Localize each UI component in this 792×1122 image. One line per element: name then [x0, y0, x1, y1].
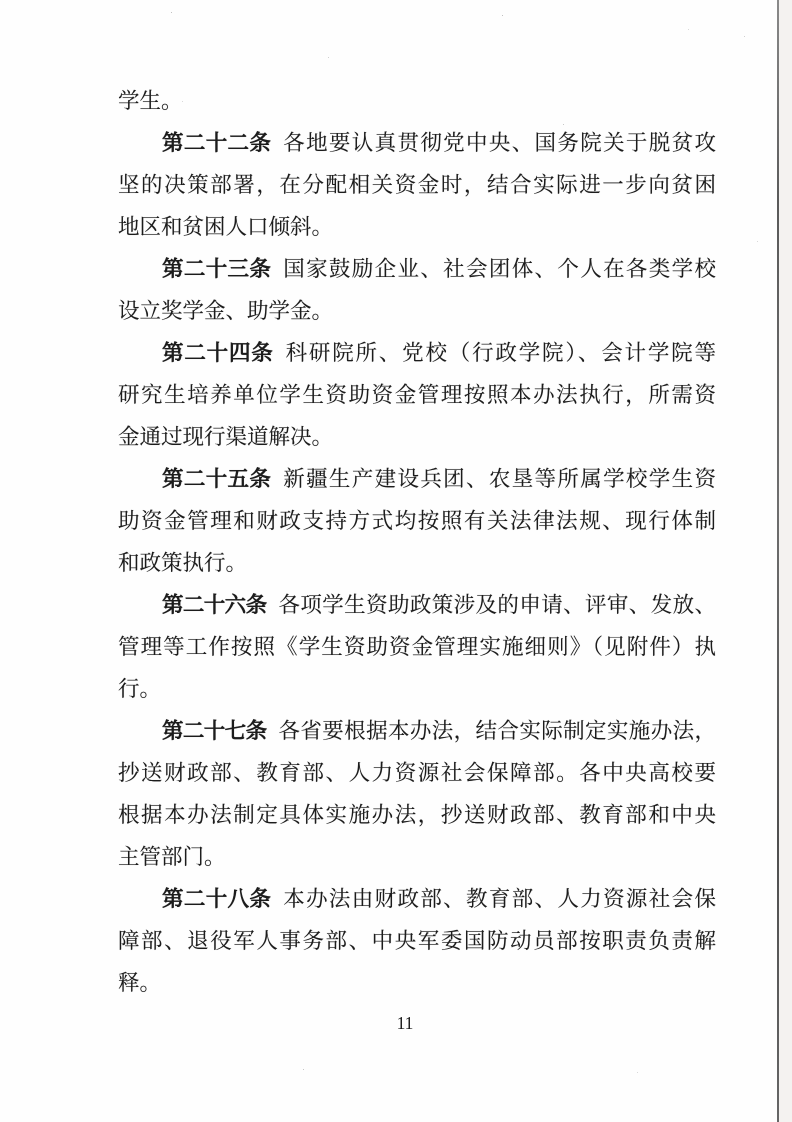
- page-number: 11: [0, 1010, 792, 1036]
- article-number: 第二十五条: [162, 467, 271, 491]
- text-line: 第二十八条本办法由财政部、教育部、人力资源社会保: [118, 878, 716, 920]
- line-text: 助资金管理和财政支持方式均按照有关法律法规、现行体制: [118, 509, 716, 533]
- text-line: 地区和贫困人口倾斜。: [118, 206, 716, 248]
- scan-speckles: [0, 0, 1, 1]
- line-text: 根据本办法制定具体实施办法，抄送财政部、教育部和中央: [118, 803, 716, 827]
- text-line: 坚的决策部署，在分配相关资金时，结合实际进一步向贫困: [118, 164, 716, 206]
- paragraph: 第二十五条新疆生产建设兵团、农垦等所属学校学生资助资金管理和财政支持方式均按照有…: [118, 458, 716, 584]
- article-number: 第二十二条: [162, 131, 271, 155]
- article-number: 第二十六条: [162, 593, 266, 617]
- text-line: 障部、退役军人事务部、中央军委国防动员部按职责负责解: [118, 920, 716, 962]
- text-line: 第二十四条科研院所、党校（行政学院）、会计学院等: [118, 332, 716, 374]
- line-text: 障部、退役军人事务部、中央军委国防动员部按职责负责解: [118, 929, 716, 953]
- article-number: 第二十八条: [162, 887, 271, 911]
- text-line: 和政策执行。: [118, 542, 716, 584]
- text-line: 抄送财政部、教育部、人力资源社会保障部。各中央高校要: [118, 752, 716, 794]
- text-line: 金通过现行渠道解决。: [118, 416, 716, 458]
- scan-edge-line: [777, 0, 779, 1122]
- paragraph: 第二十六条各项学生资助政策涉及的申请、评审、发放、管理等工作按照《学生资助资金管…: [118, 584, 716, 710]
- paragraph: 学生。: [118, 80, 716, 122]
- line-text: 抄送财政部、教育部、人力资源社会保障部。各中央高校要: [118, 761, 716, 785]
- line-text: 各项学生资助政策涉及的申请、评审、发放、: [278, 593, 716, 617]
- line-text: 主管部门。: [118, 845, 226, 869]
- line-text: 坚的决策部署，在分配相关资金时，结合实际进一步向贫困: [118, 173, 716, 197]
- line-text: 学生。: [118, 89, 183, 113]
- line-text: 管理等工作按照《学生资助资金管理实施细则》（见附件）执: [118, 635, 716, 659]
- document-body: 学生。第二十二条各地要认真贯彻党中央、国务院关于脱贫攻坚的决策部署，在分配相关资…: [118, 80, 716, 1004]
- line-text: 行。: [118, 677, 161, 701]
- text-line: 释。: [118, 962, 716, 1004]
- paragraph: 第二十二条各地要认真贯彻党中央、国务院关于脱贫攻坚的决策部署，在分配相关资金时，…: [118, 122, 716, 248]
- paragraph: 第二十四条科研院所、党校（行政学院）、会计学院等研究生培养单位学生资助资金管理按…: [118, 332, 716, 458]
- line-text: 科研院所、党校（行政学院）、会计学院等: [286, 341, 716, 365]
- line-text: 和政策执行。: [118, 551, 247, 575]
- text-line: 研究生培养单位学生资助资金管理按照本办法执行，所需资: [118, 374, 716, 416]
- line-text: 各地要认真贯彻党中央、国务院关于脱贫攻: [283, 131, 716, 155]
- text-line: 管理等工作按照《学生资助资金管理实施细则》（见附件）执: [118, 626, 716, 668]
- line-text: 本办法由财政部、教育部、人力资源社会保: [283, 887, 716, 911]
- article-number: 第二十七条: [162, 719, 266, 743]
- article-number: 第二十四条: [162, 341, 274, 365]
- text-line: 根据本办法制定具体实施办法，抄送财政部、教育部和中央: [118, 794, 716, 836]
- text-line: 第二十五条新疆生产建设兵团、农垦等所属学校学生资: [118, 458, 716, 500]
- text-line: 设立奖学金、助学金。: [118, 290, 716, 332]
- line-text: 释。: [118, 971, 161, 995]
- line-text: 各省要根据本办法，结合实际制定实施办法，: [278, 719, 716, 743]
- text-line: 第二十六条各项学生资助政策涉及的申请、评审、发放、: [118, 584, 716, 626]
- line-text: 地区和贫困人口倾斜。: [118, 215, 333, 239]
- scanned-document-page: 学生。第二十二条各地要认真贯彻党中央、国务院关于脱贫攻坚的决策部署，在分配相关资…: [0, 0, 792, 1122]
- text-line: 第二十二条各地要认真贯彻党中央、国务院关于脱贫攻: [118, 122, 716, 164]
- article-number: 第二十三条: [162, 257, 271, 281]
- paragraph: 第二十七条各省要根据本办法，结合实际制定实施办法，抄送财政部、教育部、人力资源社…: [118, 710, 716, 878]
- paragraph: 第二十八条本办法由财政部、教育部、人力资源社会保障部、退役军人事务部、中央军委国…: [118, 878, 716, 1004]
- line-text: 新疆生产建设兵团、农垦等所属学校学生资: [283, 467, 716, 491]
- line-text: 研究生培养单位学生资助资金管理按照本办法执行，所需资: [118, 383, 716, 407]
- scan-edge-strip: [779, 0, 792, 1122]
- line-text: 设立奖学金、助学金。: [118, 299, 333, 323]
- text-line: 第二十三条国家鼓励企业、社会团体、个人在各类学校: [118, 248, 716, 290]
- line-text: 金通过现行渠道解决。: [118, 425, 333, 449]
- text-line: 学生。: [118, 80, 716, 122]
- text-line: 助资金管理和财政支持方式均按照有关法律法规、现行体制: [118, 500, 716, 542]
- text-line: 行。: [118, 668, 716, 710]
- text-line: 第二十七条各省要根据本办法，结合实际制定实施办法，: [118, 710, 716, 752]
- text-line: 主管部门。: [118, 836, 716, 878]
- paragraph: 第二十三条国家鼓励企业、社会团体、个人在各类学校设立奖学金、助学金。: [118, 248, 716, 332]
- line-text: 国家鼓励企业、社会团体、个人在各类学校: [283, 257, 716, 281]
